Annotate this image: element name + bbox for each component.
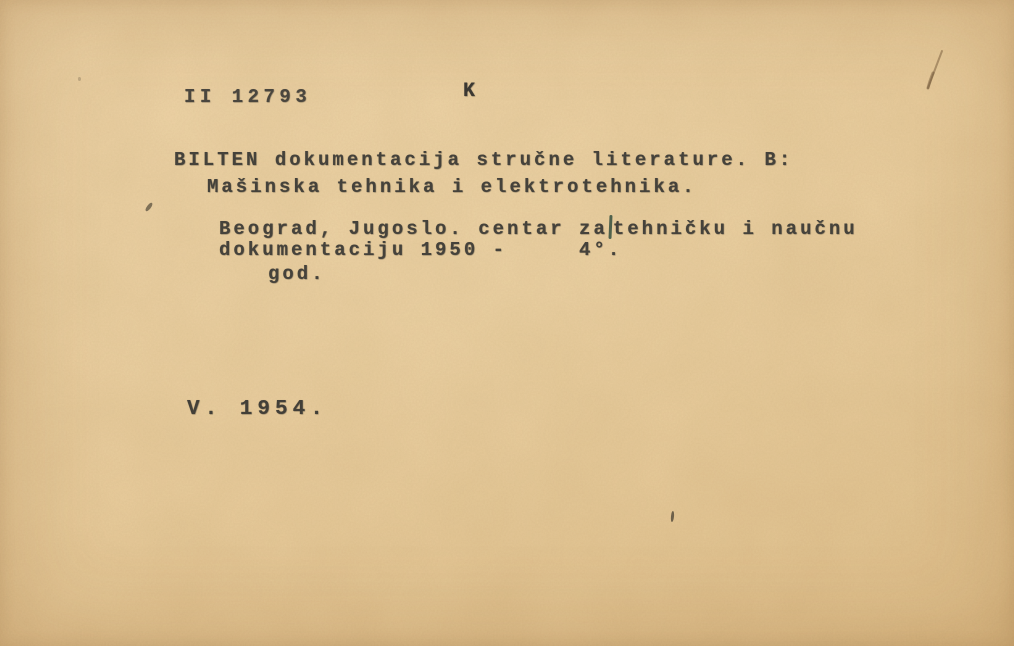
- pen-tick-mark: [918, 42, 958, 102]
- ink-speck: [78, 77, 81, 81]
- ink-speck: [670, 511, 674, 522]
- section-letter: K: [463, 81, 475, 103]
- paper-grain-texture: [0, 0, 1014, 646]
- imprint-line-1-after-mark: tehničku i naučnu: [613, 218, 858, 240]
- holdings-note: V. 1954.: [187, 398, 328, 421]
- ink-speck: [144, 202, 153, 212]
- imprint-line-3: god.: [268, 264, 326, 285]
- call-number: II 12793: [184, 87, 311, 108]
- insertion-mark: [608, 215, 612, 239]
- catalog-card: II 12793 K BILTEN dokumentacija stručne …: [0, 0, 1014, 646]
- imprint-line-1: Beograd, Jugoslo. centar zatehničku i na…: [219, 215, 858, 240]
- title-line-1: BILTEN dokumentacija stručne literature.…: [174, 150, 793, 171]
- imprint-line-2: dokumentaciju 1950 - 4°.: [219, 240, 622, 261]
- title-line-2: Mašinska tehnika i elektrotehnika.: [207, 177, 697, 198]
- imprint-line-1-before-mark: Beograd, Jugoslo. centar za: [219, 218, 608, 240]
